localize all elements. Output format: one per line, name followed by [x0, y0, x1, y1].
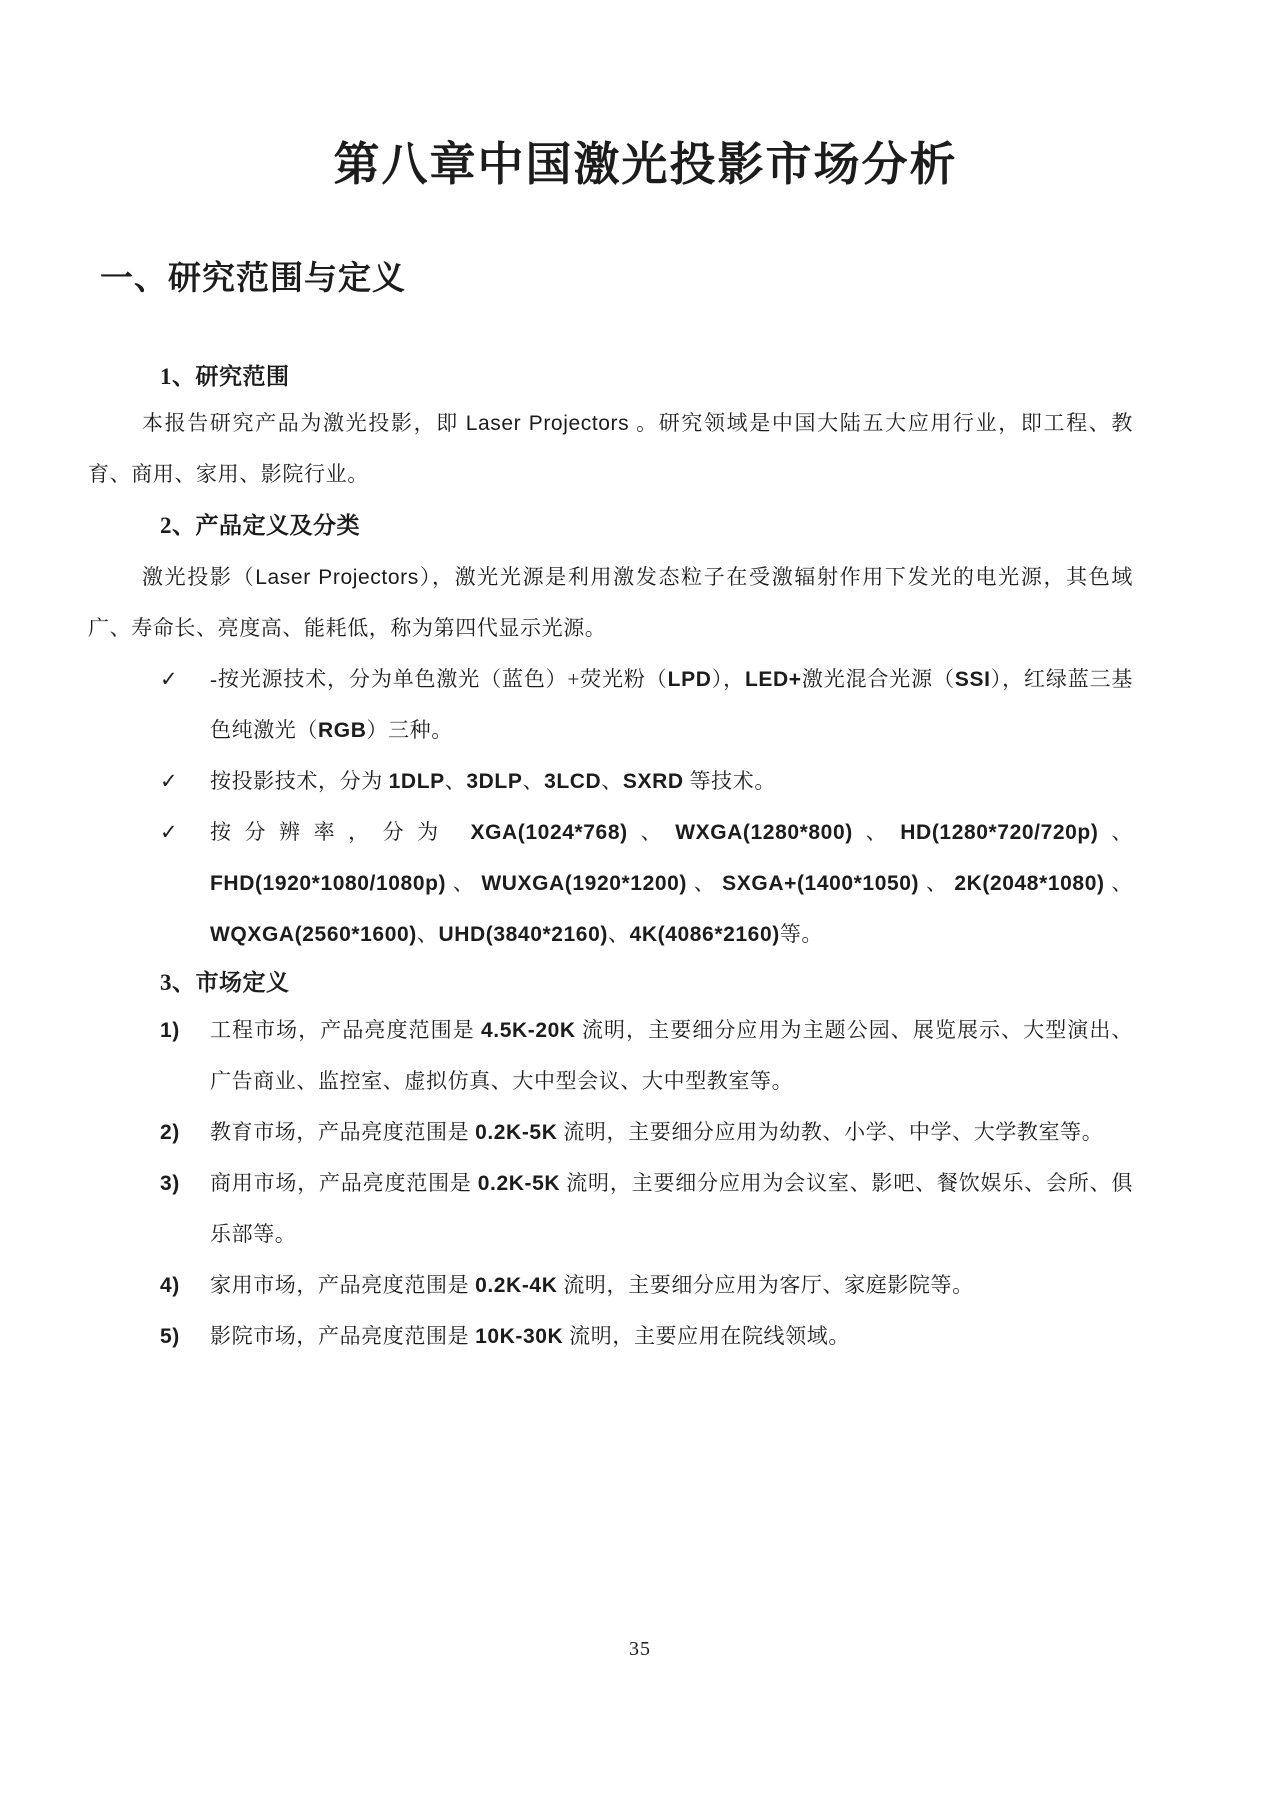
- check-item-text: 按分辨率，分为 XGA(1024*768)、WXGA(1280*800)、HD(…: [210, 807, 1133, 960]
- check-icon: ✓: [160, 807, 210, 858]
- numbered-item-cinema: 5) 影院市场，产品亮度范围是 10K-30K 流明，主要应用在院线领域。: [160, 1311, 1133, 1362]
- numbered-list: 1) 工程市场，产品亮度范围是 4.5K-20K 流明，主要细分应用为主题公园、…: [160, 1005, 1133, 1362]
- check-item-text: 按投影技术，分为 1DLP、3DLP、3LCD、SXRD 等技术。: [210, 756, 1133, 807]
- numbered-item-education: 2) 教育市场，产品亮度范围是 0.2K-5K 流明，主要细分应用为幼教、小学、…: [160, 1107, 1133, 1158]
- section-heading: 一、研究范围与定义: [100, 256, 1133, 302]
- paragraph-product-definition: 激光投影（Laser Projectors），激光光源是利用激发态粒子在受激辐射…: [88, 552, 1133, 654]
- list-marker: 3): [160, 1158, 210, 1209]
- list-marker: 1): [160, 1005, 210, 1056]
- numbered-item-text: 商用市场，产品亮度范围是 0.2K-5K 流明，主要细分应用为会议室、影吧、餐饮…: [210, 1158, 1133, 1260]
- chapter-title: 第八章中国激光投影市场分析: [88, 132, 1203, 198]
- check-item-resolution: ✓ 按分辨率，分为 XGA(1024*768)、WXGA(1280*800)、H…: [160, 807, 1133, 960]
- list-marker: 2): [160, 1107, 210, 1158]
- subsection-heading-research-scope: 1、研究范围: [160, 356, 1133, 398]
- list-marker: 4): [160, 1260, 210, 1311]
- numbered-item-text: 影院市场，产品亮度范围是 10K-30K 流明，主要应用在院线领域。: [210, 1311, 1133, 1362]
- check-item-light-source: ✓ -按光源技术，分为单色激光（蓝色）+荧光粉（LPD），LED+激光混合光源（…: [160, 654, 1133, 756]
- check-item-text: -按光源技术，分为单色激光（蓝色）+荧光粉（LPD），LED+激光混合光源（SS…: [210, 654, 1133, 756]
- numbered-item-text: 家用市场，产品亮度范围是 0.2K-4K 流明，主要细分应用为客厅、家庭影院等。: [210, 1260, 1133, 1311]
- check-list: ✓ -按光源技术，分为单色激光（蓝色）+荧光粉（LPD），LED+激光混合光源（…: [160, 654, 1133, 960]
- numbered-item-engineering: 1) 工程市场，产品亮度范围是 4.5K-20K 流明，主要细分应用为主题公园、…: [160, 1005, 1133, 1107]
- paragraph-research-scope: 本报告研究产品为激光投影，即 Laser Projectors 。研究领域是中国…: [88, 398, 1133, 500]
- check-icon: ✓: [160, 654, 210, 705]
- check-item-projection-tech: ✓ 按投影技术，分为 1DLP、3DLP、3LCD、SXRD 等技术。: [160, 756, 1133, 807]
- list-marker: 5): [160, 1311, 210, 1362]
- numbered-item-text: 教育市场，产品亮度范围是 0.2K-5K 流明，主要细分应用为幼教、小学、中学、…: [210, 1107, 1133, 1158]
- numbered-item-commercial: 3) 商用市场，产品亮度范围是 0.2K-5K 流明，主要细分应用为会议室、影吧…: [160, 1158, 1133, 1260]
- numbered-item-text: 工程市场，产品亮度范围是 4.5K-20K 流明，主要细分应用为主题公园、展览展…: [210, 1005, 1133, 1107]
- subsection-heading-market-definition: 3、市场定义: [160, 960, 1133, 1005]
- subsection-heading-product-definition: 2、产品定义及分类: [160, 500, 1133, 552]
- document-page: 第八章中国激光投影市场分析 一、研究范围与定义 1、研究范围 本报告研究产品为激…: [0, 0, 1280, 1810]
- check-icon: ✓: [160, 756, 210, 807]
- numbered-item-home: 4) 家用市场，产品亮度范围是 0.2K-4K 流明，主要细分应用为客厅、家庭影…: [160, 1260, 1133, 1311]
- page-number: 35: [0, 1638, 1280, 1661]
